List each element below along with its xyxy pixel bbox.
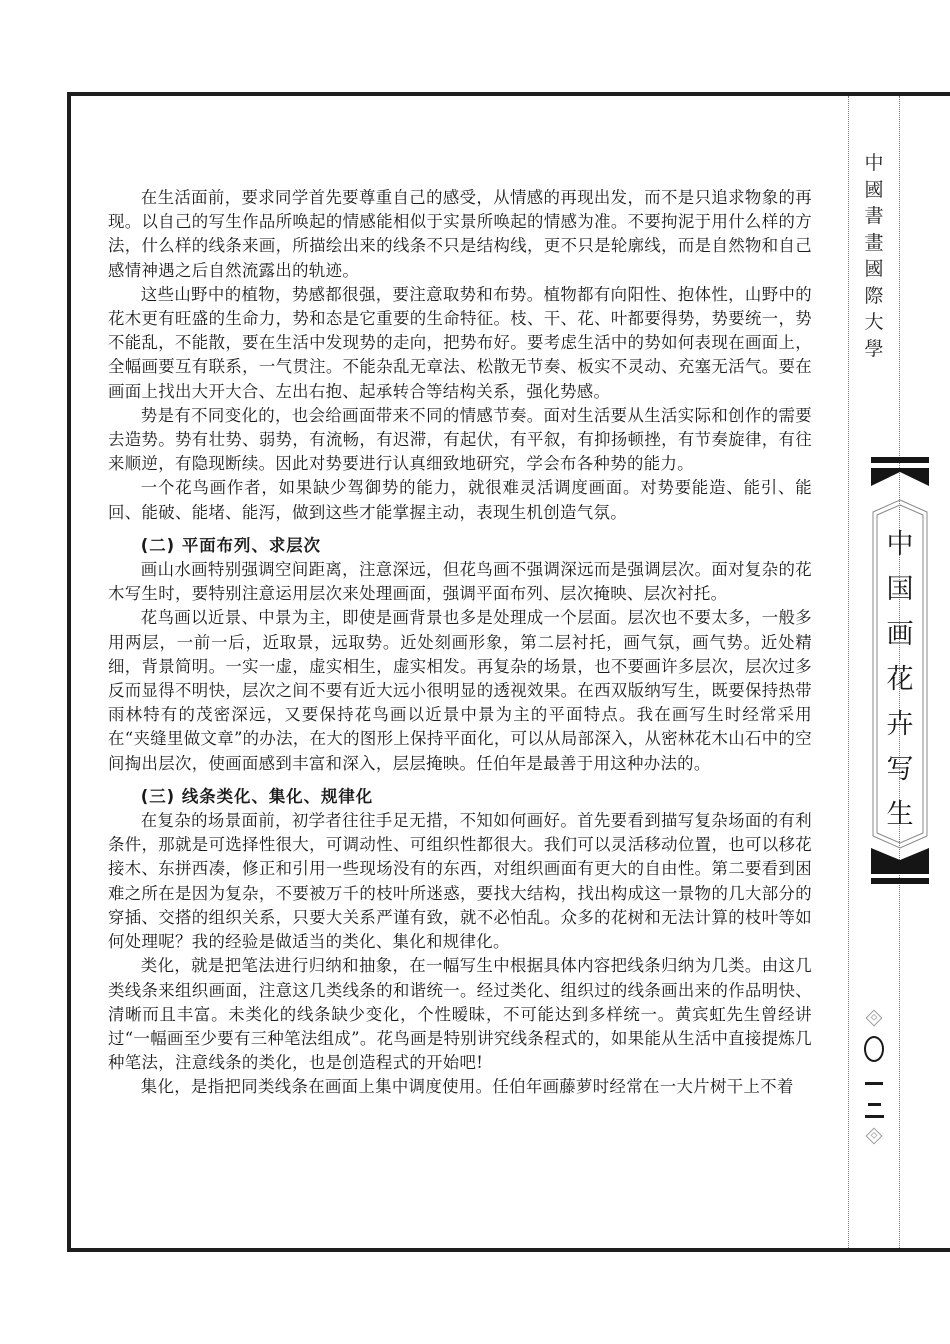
title-char: 中 bbox=[887, 522, 914, 567]
page-number: ○一二 bbox=[849, 1008, 899, 1146]
page-frame-left bbox=[67, 92, 71, 1252]
university-name: 中 國 書 畫 國 際 大 學 bbox=[849, 150, 899, 362]
univ-char: 際 bbox=[864, 283, 883, 310]
diamond-ornament-icon bbox=[866, 1127, 883, 1144]
univ-char: 學 bbox=[864, 336, 883, 363]
paragraph: 花鸟画以近景、中景为主，即使是画背景也多是处理成一个层面。层次也不要太多，一般多… bbox=[108, 606, 812, 775]
paragraph: 集化，是指把同类线条在画面上集中调度使用。任伯年画藤萝时经常在一大片树干上不着 bbox=[108, 1075, 812, 1099]
title-char: 花 bbox=[887, 657, 914, 702]
univ-char: 書 bbox=[864, 203, 883, 230]
ribbon-bottom-chevron-icon bbox=[871, 842, 929, 874]
ribbon-top-chevron-icon bbox=[871, 468, 929, 498]
diamond-ornament-icon bbox=[866, 1010, 883, 1027]
page-frame-bottom bbox=[67, 1248, 950, 1252]
paragraph: 势是有不同变化的，也会给画面带来不同的情感节奏。面对生活要从生活实际和创作的需要… bbox=[108, 404, 812, 477]
paragraph: 一个花鸟画作者，如果缺少驾御势的能力，就很难灵活调度画面。对势要能造、能引、能回… bbox=[108, 476, 812, 524]
paragraph: 类化，就是把笔法进行归纳和抽象，在一幅写生中根据具体内容把线条归纳为几类。由这几… bbox=[108, 954, 812, 1075]
univ-char: 大 bbox=[864, 309, 883, 336]
title-char: 卉 bbox=[887, 702, 914, 747]
title-char: 写 bbox=[887, 747, 914, 792]
univ-char: 國 bbox=[864, 177, 883, 204]
title-char: 国 bbox=[887, 567, 914, 612]
univ-char: 畫 bbox=[864, 230, 883, 257]
page-digit-two bbox=[865, 1103, 884, 1118]
title-char: 生 bbox=[887, 792, 914, 837]
page-frame-top bbox=[67, 92, 950, 96]
paragraph: 这些山野中的植物，势感都很强，要注意取势和布势。植物都有向阳性、抱体性，山野中的… bbox=[108, 283, 812, 404]
univ-char: 中 bbox=[864, 150, 883, 177]
ribbon-top-bar bbox=[871, 457, 929, 463]
page-digit-one bbox=[865, 1082, 883, 1085]
paragraph: 在复杂的场景面前，初学者往往手足无措，不知如何画好。首先要看到描写复杂场面的有利… bbox=[108, 809, 812, 954]
title-char: 画 bbox=[887, 612, 914, 657]
paragraph: 在生活面前，要求同学首先要尊重自己的感受，从情感的再现出发，而不是只追求物象的再… bbox=[108, 186, 812, 283]
section-heading-3: (三) 线条类化、集化、规律化 bbox=[108, 785, 812, 809]
page-digit-zero bbox=[864, 1036, 884, 1062]
ribbon-bottom-bar bbox=[871, 878, 929, 884]
univ-char: 國 bbox=[864, 256, 883, 283]
book-title: 中 国 画 花 卉 写 生 bbox=[871, 522, 929, 837]
body-text: 在生活面前，要求同学首先要尊重自己的感受，从情感的再现出发，而不是只追求物象的再… bbox=[108, 186, 812, 1100]
paragraph: 画山水画特别强调空间距离，注意深远，但花鸟画不强调深远而是强调层次。面对复杂的花… bbox=[108, 558, 812, 606]
section-heading-2: (二) 平面布列、求层次 bbox=[108, 534, 812, 558]
